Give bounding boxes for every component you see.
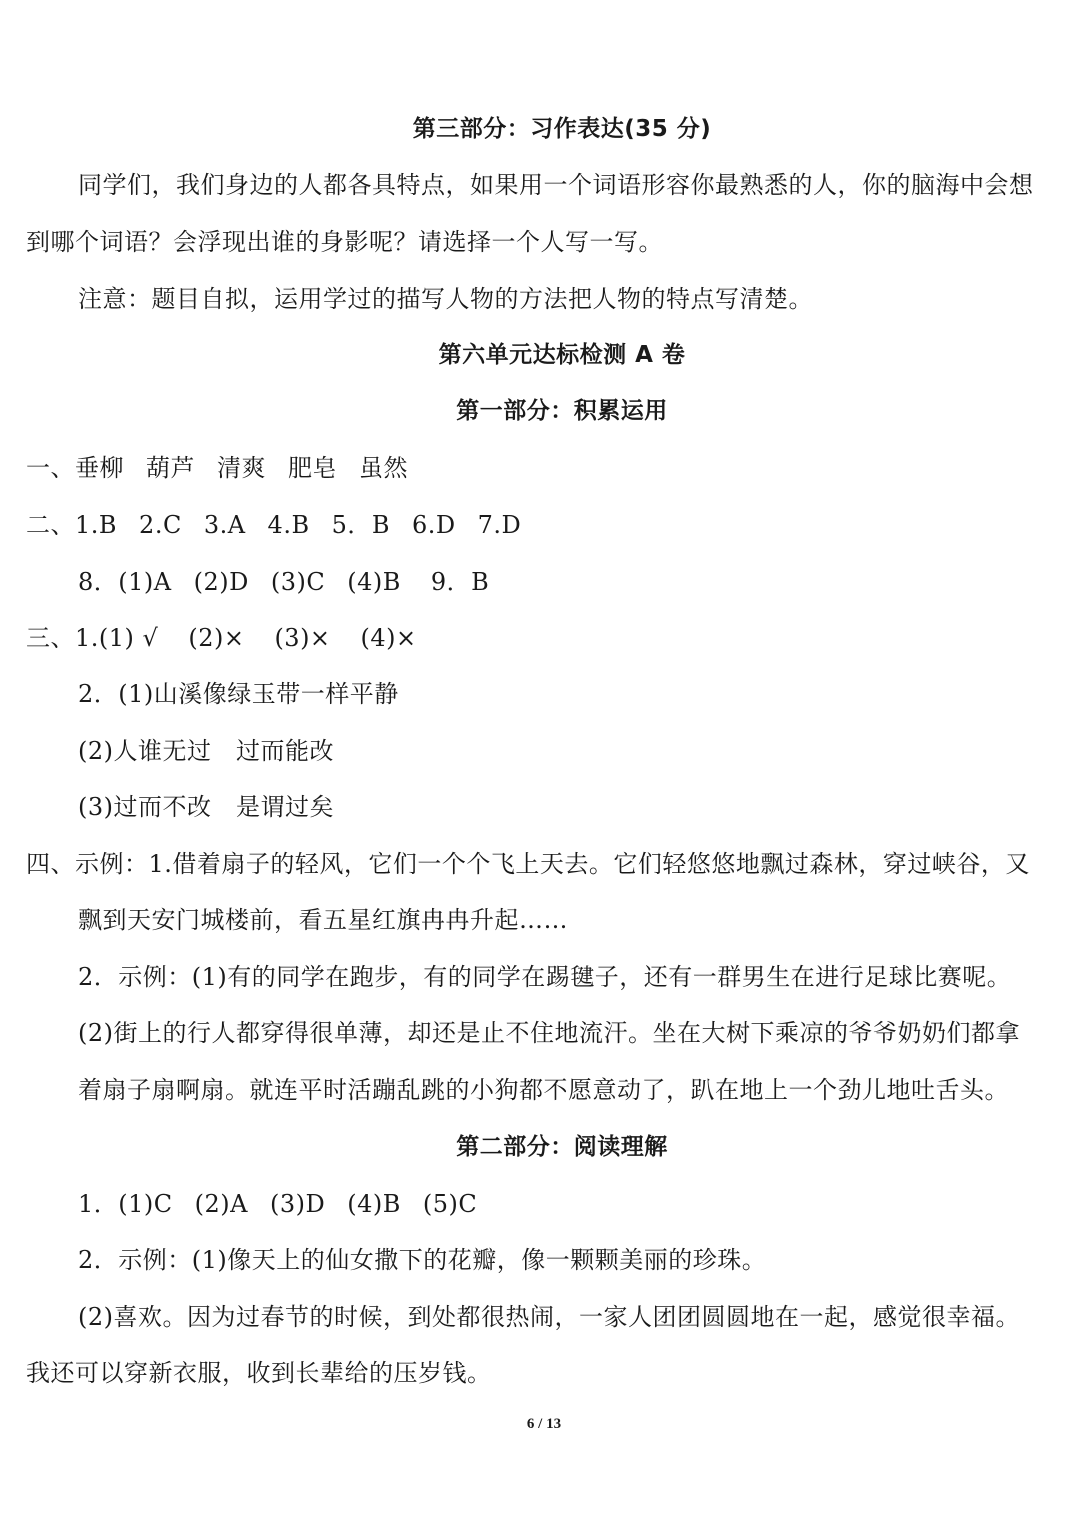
answer-item: (3)C: [271, 568, 325, 596]
answer-item: (3)D: [270, 1190, 325, 1218]
question-3-answers-row1: 三、1.(1) √(2)×(3)×(4)×: [26, 623, 417, 653]
question-1-answers: 一、垂柳葫芦清爽肥皂虽然: [26, 453, 408, 483]
question-label: 二、: [26, 511, 75, 539]
question-4-line: 2．示例：(1)有的同学在跑步，有的同学在踢毽子，还有一群男生在进行足球比赛呢。: [78, 962, 1011, 992]
answer-word: 虽然: [359, 454, 408, 482]
question-4-line: (2)街上的行人都穿得很单薄，却还是止不住地流汗。坐在大树下乘凉的爷爷奶奶们都拿: [78, 1018, 1020, 1048]
answer-item: 1.(1) √: [75, 624, 158, 652]
section-title-part2: 第二部分：阅读理解: [0, 1132, 1080, 1162]
question-label: 三、: [26, 624, 75, 652]
reading-question-1-answers: 1．(1)C(2)A(3)D(4)B(5)C: [78, 1189, 477, 1219]
answer-word: 垂柳: [75, 454, 124, 482]
question-3-answer-line: (3)过而不改 是谓过矣: [78, 792, 334, 822]
note-line: 注意：题目自拟，运用学过的描写人物的方法把人物的特点写清楚。: [78, 284, 813, 314]
answer-item: 6.D: [412, 511, 456, 539]
answer-item: 8．(1)A: [78, 568, 172, 596]
question-4-line: 着扇子扇啊扇。就连平时活蹦乱跳的小狗都不愿意动了，趴在地上一个劲儿地吐舌头。: [78, 1075, 1009, 1105]
answer-item: (5)C: [423, 1190, 477, 1218]
answer-item: 2.C: [139, 511, 182, 539]
question-3-answer-line: 2．(1)山溪像绿玉带一样平静: [78, 679, 399, 709]
section-title-part1: 第一部分：积累运用: [0, 396, 1080, 426]
answer-item: 1．(1)C: [78, 1190, 173, 1218]
answer-word: 肥皂: [288, 454, 337, 482]
answer-item: 4.B: [268, 511, 310, 539]
answer-item: (2)×: [188, 624, 244, 652]
answer-item: (2)A: [195, 1190, 248, 1218]
answer-item: 9．B: [431, 568, 489, 596]
unit-title: 第六单元达标检测 A 卷: [0, 340, 1080, 370]
reading-question-2-line: 2．示例：(1)像天上的仙女撒下的花瓣，像一颗颗美丽的珍珠。: [78, 1245, 766, 1275]
section-title-part3: 第三部分：习作表达(35 分): [0, 114, 1080, 144]
paragraph-line: 同学们，我们身边的人都各具特点，如果用一个词语形容你最熟悉的人，你的脑海中会想: [78, 170, 1034, 200]
answer-item: (2)D: [194, 568, 249, 596]
answer-item: (4)×: [361, 624, 417, 652]
question-4-line: 飘到天安门城楼前，看五星红旗冉冉升起……: [78, 905, 568, 935]
answer-item: 3.A: [204, 511, 246, 539]
question-3-answer-line: (2)人谁无过 过而能改: [78, 736, 334, 766]
answer-item: (4)B: [347, 568, 401, 596]
question-4-line: 四、示例：1.借着扇子的轻风，它们一个个飞上天去。它们轻悠悠地飘过森林，穿过峡谷…: [26, 849, 1030, 879]
question-2-answers-row2: 8．(1)A(2)D(3)C(4)B9．B: [78, 567, 489, 597]
answer-word: 葫芦: [146, 454, 195, 482]
paragraph-line: 到哪个词语？会浮现出谁的身影呢？请选择一个人写一写。: [26, 227, 663, 257]
answer-item: (3)×: [274, 624, 330, 652]
question-label: 一、: [26, 454, 75, 482]
answer-word: 清爽: [217, 454, 266, 482]
answer-item: 7.D: [478, 511, 522, 539]
answer-item: 1.B: [75, 511, 117, 539]
page-indicator: 6 / 13: [0, 1416, 1080, 1433]
answer-item: 5．B: [332, 511, 390, 539]
reading-question-2-line: (2)喜欢。因为过春节的时候，到处都很热闹，一家人团团圆圆地在一起，感觉很幸福。: [78, 1302, 1020, 1332]
answer-item: (4)B: [347, 1190, 401, 1218]
question-2-answers-row1: 二、1.B2.C3.A4.B5．B6.D7.D: [26, 510, 521, 540]
reading-question-2-line: 我还可以穿新衣服，收到长辈给的压岁钱。: [26, 1358, 492, 1388]
